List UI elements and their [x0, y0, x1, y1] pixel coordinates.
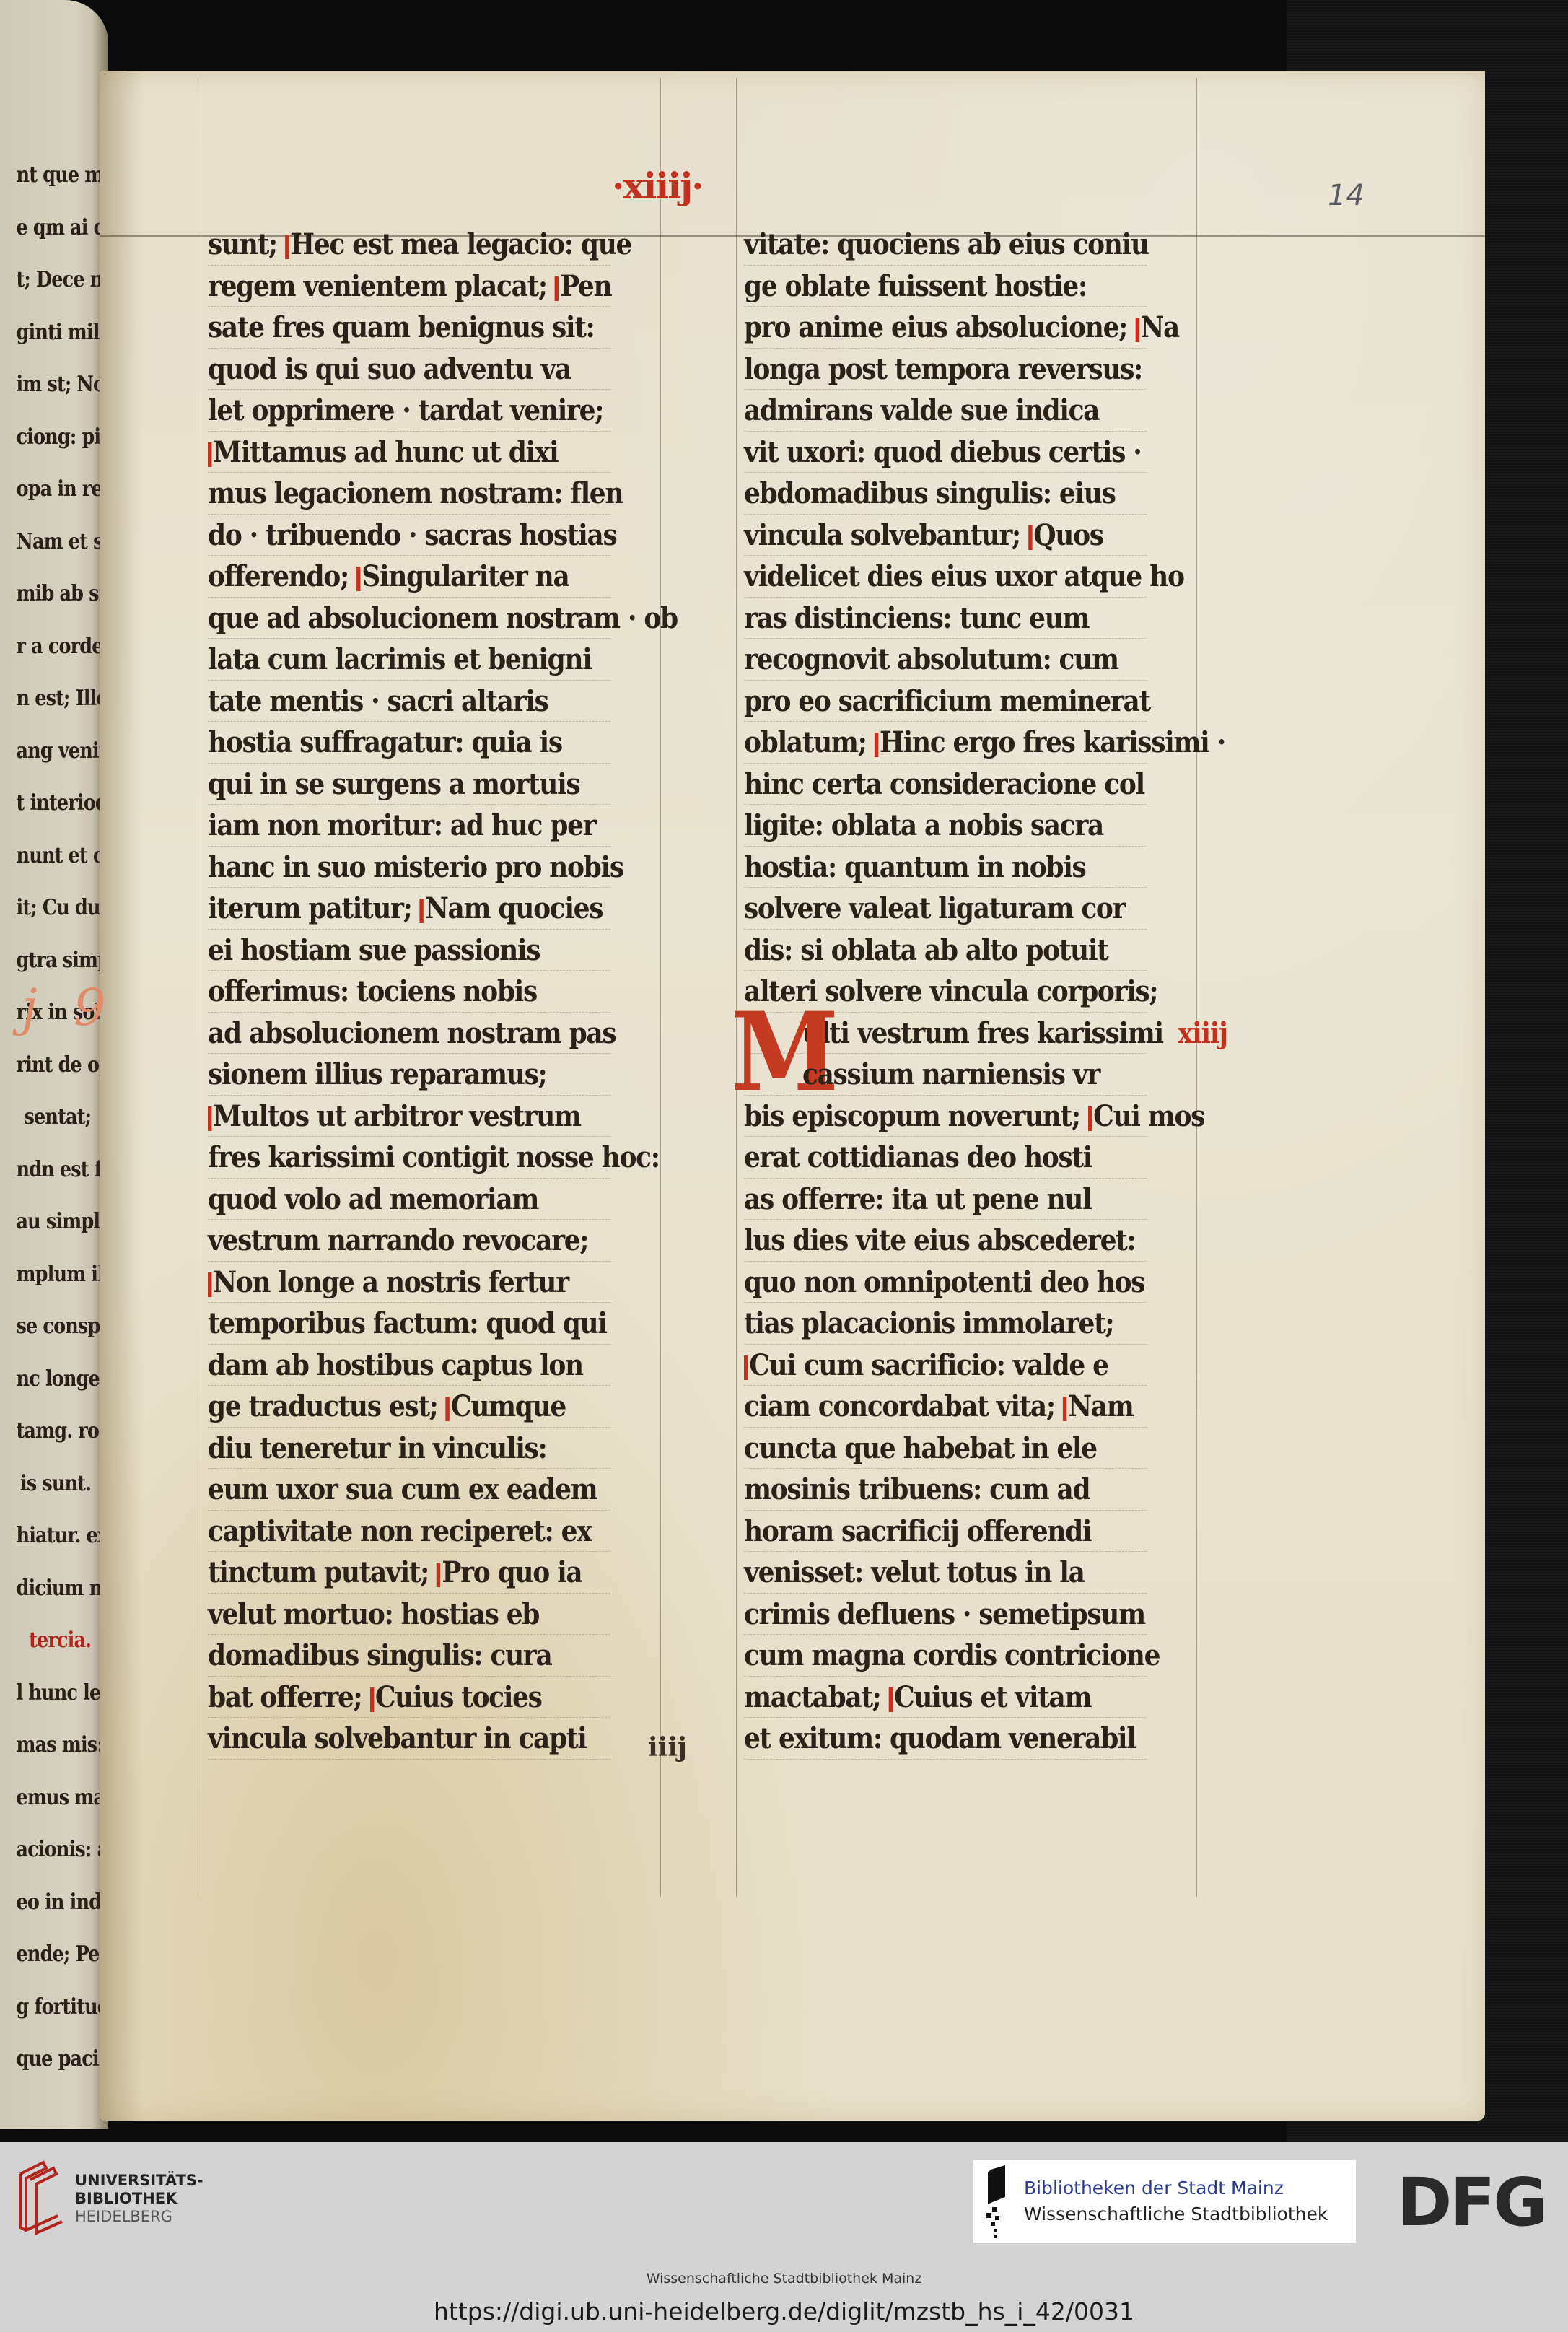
- line-text: iam non moritur: ad huc per: [208, 808, 595, 842]
- manuscript-line: quod volo ad memoriam: [208, 1179, 610, 1220]
- line-text: ge traductus est;: [208, 1389, 446, 1423]
- manuscript-line: iterum patitur; Nam quocies: [208, 888, 610, 930]
- line-text-rubricated-sentence: Cuius tocies: [375, 1680, 542, 1714]
- line-text: mus legacionem nostram: flen: [208, 476, 623, 510]
- manuscript-folio: ·xiiij· 14 sunt; Hec est mea legacio: qu…: [100, 71, 1485, 2121]
- line-text: lus dies vite eius abscederet:: [744, 1223, 1135, 1257]
- line-text: hanc in suo misterio pro nobis: [208, 850, 623, 884]
- ruling-line-vertical: [736, 78, 737, 1897]
- line-text: Non longe a nostris fertur: [213, 1265, 569, 1299]
- line-text: longa post tempora reversus:: [744, 352, 1142, 386]
- line-text-rubricated-sentence: Na: [1140, 310, 1179, 344]
- rubrication-stroke: [555, 276, 559, 301]
- line-text: vit uxori: quod diebus certis ·: [744, 435, 1141, 469]
- manuscript-line: admirans valde sue indica: [744, 390, 1147, 432]
- manuscript-line: iam non moritur: ad huc per: [208, 805, 610, 847]
- line-text: pro anime eius absolucione;: [744, 310, 1135, 344]
- line-text: let opprimere · tardat venire;: [208, 393, 603, 427]
- manuscript-line: solvere valeat ligaturam cor: [744, 888, 1147, 930]
- manuscript-line: dis: si oblata ab alto potuit: [744, 930, 1147, 971]
- manuscript-line: vincula solvebantur; Quos: [744, 515, 1147, 556]
- line-text: crimis defluens · semetipsum: [744, 1597, 1145, 1631]
- manuscript-line: bat offerre; Cuius tocies: [208, 1677, 610, 1719]
- manuscript-line: diu teneretur in vinculis:: [208, 1428, 610, 1469]
- manuscript-line: recognovit absolutum: cum: [744, 639, 1147, 681]
- line-text-rubricated-sentence: Cui mos: [1093, 1099, 1204, 1133]
- manuscript-line: lus dies vite eius abscederet:: [744, 1220, 1147, 1262]
- manuscript-line: longa post tempora reversus:: [744, 349, 1147, 390]
- manuscript-line: dam ab hostibus captus lon: [208, 1345, 610, 1386]
- manuscript-line: Mittamus ad hunc ut dixi: [208, 432, 610, 473]
- rubrication-stroke: [208, 1272, 211, 1297]
- rubrication-stroke: [370, 1687, 374, 1712]
- line-text: sunt;: [208, 227, 285, 261]
- manuscript-line: Cui cum sacrificio: valde e: [744, 1345, 1147, 1386]
- line-text: dam ab hostibus captus lon: [208, 1348, 583, 1382]
- mainz-library-logo[interactable]: Bibliotheken der Stadt Mainz Wissenschaf…: [973, 2160, 1356, 2243]
- line-text: tate mentis · sacri altaris: [208, 684, 548, 718]
- manuscript-line: ad absolucionem nostram pas: [208, 1013, 610, 1054]
- line-text: solvere valeat ligaturam cor: [744, 891, 1125, 925]
- line-text-rubricated-sentence: Pro quo ia: [442, 1555, 582, 1589]
- line-text: cum magna cordis contricione: [744, 1638, 1160, 1672]
- line-text: tias placacionis immolaret;: [744, 1306, 1113, 1340]
- line-text: offerendo;: [208, 559, 356, 593]
- line-text: sate fres quam benignus sit:: [208, 310, 594, 344]
- rubrication-stroke: [446, 1397, 450, 1421]
- line-text: as offerre: ita ut pene nul: [744, 1182, 1091, 1216]
- line-text: fres karissimi contigit nosse hoc:: [208, 1140, 660, 1174]
- line-text-rubricated-sentence: Nam quocies: [425, 891, 603, 925]
- manuscript-line: hanc in suo misterio pro nobis: [208, 847, 610, 888]
- manuscript-line: sunt; Hec est mea legacio: que: [208, 224, 610, 266]
- manuscript-line: ebdomadibus singulis: eius: [744, 473, 1147, 515]
- line-text-rubricated-sentence: Pen: [560, 269, 611, 303]
- rubrication-stroke: [889, 1687, 893, 1712]
- manuscript-line: oblatum; Hinc ergo fres karissimi ·: [744, 722, 1147, 764]
- manuscript-line: offerendo; Singulariter na: [208, 556, 610, 598]
- line-text: vestrum narrando revocare;: [208, 1223, 588, 1257]
- running-head-chapter-number: ·xiiij·: [612, 165, 703, 207]
- line-text: ad absolucionem nostram pas: [208, 1016, 616, 1050]
- line-text: ciam concordabat vita;: [744, 1389, 1063, 1423]
- line-text: vitate: quociens ab eius coniu: [744, 227, 1149, 261]
- line-text: temporibus factum: quod qui: [208, 1306, 607, 1340]
- line-text: sionem illius reparamus;: [208, 1057, 546, 1091]
- folio-gutter-shadow: [100, 71, 143, 2121]
- manuscript-line: sionem illius reparamus;: [208, 1054, 610, 1096]
- manuscript-line: hostia suffragatur: quia is: [208, 722, 610, 764]
- manuscript-line: let opprimere · tardat venire;: [208, 390, 610, 432]
- manuscript-line: velut mortuo: hostias eb: [208, 1594, 610, 1636]
- manuscript-line: vit uxori: quod diebus certis ·: [744, 432, 1147, 473]
- manuscript-line: horam sacrificij offerendi: [744, 1511, 1147, 1553]
- manuscript-line: ras distinciens: tunc eum: [744, 598, 1147, 639]
- manuscript-line: tate mentis · sacri altaris: [208, 681, 610, 722]
- manuscript-line: hinc certa consideracione col: [744, 764, 1147, 805]
- manuscript-line: ge oblate fuissent hostie:: [744, 266, 1147, 307]
- manuscript-line: temporibus factum: quod qui: [208, 1303, 610, 1345]
- ruling-line-vertical: [201, 78, 201, 1897]
- line-text: quod is qui suo adventu va: [208, 352, 571, 386]
- line-text: velut mortuo: hostias eb: [208, 1597, 539, 1631]
- manuscript-line: as offerre: ita ut pene nul: [744, 1179, 1147, 1220]
- manuscript-line: bis episcopum noverunt; Cui mos: [744, 1096, 1147, 1137]
- manuscript-line: mosinis tribuens: cum ad: [744, 1469, 1147, 1511]
- manuscript-line: erat cottidianas deo hosti: [744, 1137, 1147, 1179]
- permalink-url[interactable]: https://digi.ub.uni-heidelberg.de/diglit…: [0, 2297, 1568, 2326]
- rubrication-stroke: [1088, 1106, 1092, 1131]
- rubrication-stroke: [437, 1563, 440, 1587]
- line-text: ras distinciens: tunc eum: [744, 601, 1089, 635]
- line-text: offerimus: tociens nobis: [208, 974, 537, 1008]
- line-text: hostia suffragatur: quia is: [208, 725, 562, 759]
- manuscript-line: Multos ut arbitror vestrum: [208, 1096, 610, 1137]
- line-text: lata cum lacrimis et benigni: [208, 642, 592, 676]
- line-text: cassium narniensis vr: [802, 1057, 1100, 1091]
- manuscript-line: ciam concordabat vita; Nam: [744, 1386, 1147, 1428]
- margin-annotation: j 9: [22, 978, 116, 1037]
- ub-heidelberg-book-icon: [14, 2158, 65, 2239]
- manuscript-line: crimis defluens · semetipsum: [744, 1594, 1147, 1636]
- manuscript-line: vincula solvebantur in capti: [208, 1718, 610, 1760]
- manuscript-line: ge traductus est; Cumque: [208, 1386, 610, 1428]
- manuscript-line: quod is qui suo adventu va: [208, 349, 610, 390]
- manuscript-line: pro anime eius absolucione; Na: [744, 307, 1147, 349]
- manuscript-line: quo non omnipotenti deo hos: [744, 1262, 1147, 1303]
- line-text: admirans valde sue indica: [744, 393, 1099, 427]
- ub-heidelberg-wordmark: UNIVERSITÄTS- BIBLIOTHEK HEIDELBERG: [75, 2172, 203, 2226]
- ruling-line-vertical: [660, 78, 661, 1897]
- line-text: diu teneretur in vinculis:: [208, 1431, 546, 1465]
- mainz-logo-line-1: Bibliotheken der Stadt Mainz: [1024, 2175, 1328, 2201]
- manuscript-line: Multi vestrum fres karissimi xiiij: [744, 1013, 1147, 1054]
- manuscript-line: hostia: quantum in nobis: [744, 847, 1147, 888]
- line-text-rubricated-sentence: Cumque: [451, 1389, 566, 1423]
- rubrication-stroke: [208, 442, 211, 467]
- line-text: Multos ut arbitror vestrum: [213, 1099, 581, 1133]
- line-text: quod volo ad memoriam: [208, 1182, 538, 1216]
- line-text: videlicet dies eius uxor atque ho: [744, 559, 1184, 593]
- rubrication-stroke: [208, 1106, 211, 1131]
- manuscript-line: mus legacionem nostram: flen: [208, 473, 610, 515]
- manuscript-line: cuncta que habebat in ele: [744, 1428, 1147, 1469]
- manuscript-line: venisset: velut totus in la: [744, 1552, 1147, 1594]
- manuscript-image-viewer: nt que mie qm ai det; Dece miginti milia…: [0, 0, 1568, 2142]
- line-text: recognovit absolutum: cum: [744, 642, 1118, 676]
- manuscript-line: pro eo sacrificium meminerat: [744, 681, 1147, 722]
- line-text: venisset: velut totus in la: [744, 1555, 1085, 1589]
- line-text: erat cottidianas deo hosti: [744, 1140, 1092, 1174]
- manuscript-line: cum magna cordis contricione: [744, 1635, 1147, 1677]
- rubrication-stroke: [356, 567, 360, 591]
- ub-heidelberg-logo[interactable]: UNIVERSITÄTS- BIBLIOTHEK HEIDELBERG: [14, 2158, 203, 2239]
- manuscript-line: tinctum putavit; Pro quo ia: [208, 1552, 610, 1594]
- line-text: regem venientem placat;: [208, 269, 555, 303]
- line-text: bat offerre;: [208, 1680, 370, 1714]
- line-text: qui in se surgens a mortuis: [208, 767, 579, 801]
- footer: UNIVERSITÄTS- BIBLIOTHEK HEIDELBERG Bibl…: [0, 2142, 1568, 2332]
- line-text: captivitate non reciperet: ex: [208, 1514, 591, 1548]
- manuscript-line: lata cum lacrimis et benigni: [208, 639, 610, 681]
- line-text: Cui cum sacrificio: valde e: [749, 1348, 1108, 1382]
- mainz-book-icon: [981, 2164, 1012, 2239]
- rubrication-stroke: [1063, 1397, 1066, 1421]
- quire-signature: iiij: [648, 1732, 687, 1763]
- line-text: Mittamus ad hunc ut dixi: [213, 435, 558, 469]
- manuscript-line: tias placacionis immolaret;: [744, 1303, 1147, 1345]
- manuscript-line: vitate: quociens ab eius coniu: [744, 224, 1147, 266]
- rubrication-stroke: [875, 733, 878, 757]
- line-text: domadibus singulis: cura: [208, 1638, 551, 1672]
- manuscript-line: mactabat; Cuius et vitam: [744, 1677, 1147, 1719]
- line-text: pro eo sacrificium meminerat: [744, 684, 1150, 718]
- line-text: cuncta que habebat in ele: [744, 1431, 1097, 1465]
- line-text: iterum patitur;: [208, 891, 420, 925]
- manuscript-line: vestrum narrando revocare;: [208, 1220, 610, 1262]
- text-column-left: sunt; Hec est mea legacio: queregem veni…: [208, 224, 655, 1760]
- mainz-library-wordmark: Bibliotheken der Stadt Mainz Wissenschaf…: [1024, 2175, 1328, 2227]
- rubrication-stroke: [420, 899, 424, 923]
- manuscript-line: fres karissimi contigit nosse hoc:: [208, 1137, 610, 1179]
- line-text-rubricated-sentence: Cuius et vitam: [894, 1680, 1091, 1714]
- line-text-rubricated-sentence: Singulariter na: [362, 559, 569, 593]
- line-text: do · tribuendo · sacras hostias: [208, 518, 616, 552]
- line-text: mactabat;: [744, 1680, 889, 1714]
- folio-number: 14: [1328, 179, 1365, 212]
- line-text: eum uxor sua cum ex eadem: [208, 1472, 597, 1506]
- ub-logo-line-3: HEIDELBERG: [75, 2208, 203, 2226]
- manuscript-line: videlicet dies eius uxor atque ho: [744, 556, 1147, 598]
- line-text: ligite: oblata a nobis sacra: [744, 808, 1103, 842]
- rubrication-stroke: [1135, 318, 1139, 342]
- line-text-rubricated-sentence: Quos: [1033, 518, 1103, 552]
- line-text: vincula solvebantur in capti: [208, 1721, 586, 1755]
- dfg-logo[interactable]: DFG: [1397, 2170, 1546, 2236]
- rubrication-stroke: [1028, 525, 1032, 550]
- manuscript-line: ei hostiam sue passionis: [208, 930, 610, 971]
- line-text: tinctum putavit;: [208, 1555, 437, 1589]
- manuscript-line: domadibus singulis: cura: [208, 1635, 610, 1677]
- mainz-logo-line-2: Wissenschaftliche Stadtbibliothek: [1024, 2201, 1328, 2227]
- manuscript-line: que ad absolucionem nostram · ob: [208, 598, 610, 639]
- manuscript-line: do · tribuendo · sacras hostias: [208, 515, 610, 556]
- rubrication-stroke: [744, 1355, 748, 1380]
- line-text: horam sacrificij offerendi: [744, 1514, 1091, 1548]
- line-text: ebdomadibus singulis: eius: [744, 476, 1116, 510]
- ub-logo-line-2: BIBLIOTHEK: [75, 2190, 203, 2208]
- line-text-rubricated-sentence: Hec est mea legacio: que: [290, 227, 631, 261]
- chapter-number: xiiij: [1178, 1016, 1227, 1050]
- line-text: ulti vestrum fres karissimi: [802, 1016, 1171, 1050]
- line-text-rubricated-sentence: Nam: [1068, 1389, 1133, 1423]
- manuscript-line: eum uxor sua cum ex eadem: [208, 1469, 610, 1511]
- line-text: mosinis tribuens: cum ad: [744, 1472, 1090, 1506]
- previous-folio-edge: nt que mie qm ai det; Dece miginti milia…: [0, 0, 108, 2129]
- manuscript-line: ligite: oblata a nobis sacra: [744, 805, 1147, 847]
- manuscript-line: Non longe a nostris fertur: [208, 1262, 610, 1303]
- manuscript-line: captivitate non reciperet: ex: [208, 1511, 610, 1553]
- line-text: hinc certa consideracione col: [744, 767, 1144, 801]
- line-text: ei hostiam sue passionis: [208, 933, 540, 967]
- manuscript-line: regem venientem placat; Pen: [208, 266, 610, 307]
- holding-institution: Wissenschaftliche Stadtbibliothek Mainz: [0, 2271, 1568, 2287]
- manuscript-line: sate fres quam benignus sit:: [208, 307, 610, 349]
- ruling-line-vertical: [1196, 78, 1197, 1897]
- ub-logo-line-1: UNIVERSITÄTS-: [75, 2172, 203, 2190]
- manuscript-line: offerimus: tociens nobis: [208, 971, 610, 1013]
- line-text: et exitum: quodam venerabil: [744, 1721, 1136, 1755]
- line-text-rubricated-sentence: Hinc ergo fres karissimi ·: [880, 725, 1225, 759]
- line-text: bis episcopum noverunt;: [744, 1099, 1088, 1133]
- manuscript-line: et exitum: quodam venerabil: [744, 1718, 1147, 1760]
- manuscript-line: cassium narniensis vr: [744, 1054, 1147, 1096]
- line-text: ge oblate fuissent hostie:: [744, 269, 1087, 303]
- rubrication-stroke: [285, 235, 289, 259]
- line-text: quo non omnipotenti deo hos: [744, 1265, 1144, 1299]
- line-text: vincula solvebantur;: [744, 518, 1028, 552]
- manuscript-line: qui in se surgens a mortuis: [208, 764, 610, 805]
- text-column-right: vitate: quociens ab eius coniuge oblate …: [744, 224, 1191, 1760]
- line-text: oblatum;: [744, 725, 875, 759]
- line-text: dis: si oblata ab alto potuit: [744, 933, 1108, 967]
- line-text: que ad absolucionem nostram · ob: [208, 601, 678, 635]
- line-text: hostia: quantum in nobis: [744, 850, 1085, 884]
